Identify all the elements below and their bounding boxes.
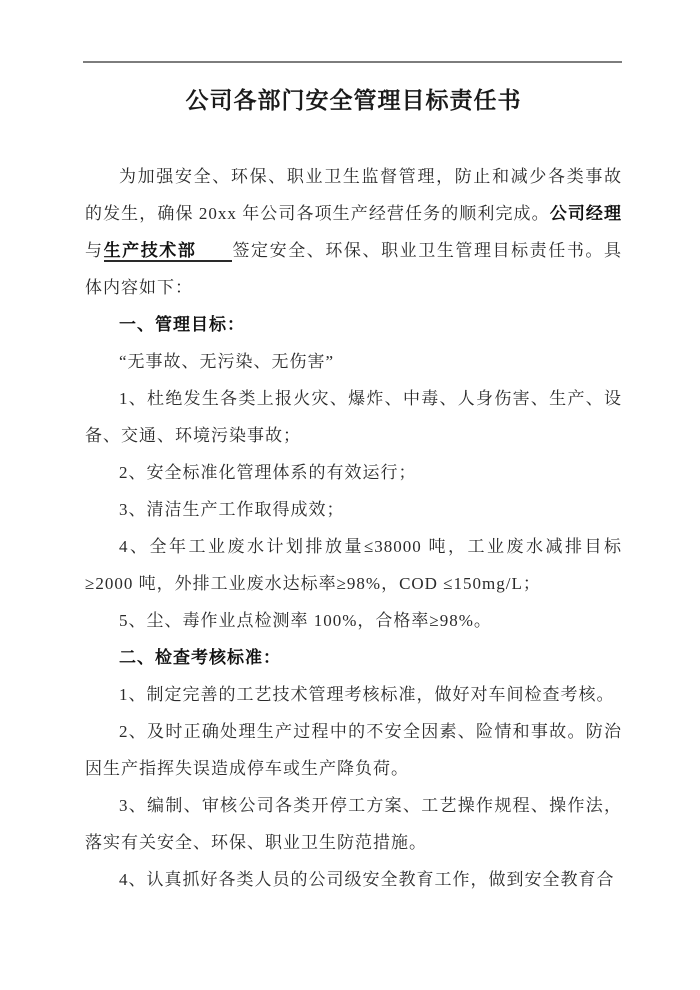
section2-item-1: 1、制定完善的工艺技术管理考核标准，做好对车间检查考核。	[85, 676, 622, 713]
section2-heading: 二、检查考核标准：	[85, 639, 622, 676]
intro-text-before: 为加强安全、环保、职业卫生监督管理，防止和减少各类事故的发生，确保 20xx 年…	[85, 167, 622, 223]
document-page: 公司各部门安全管理目标责任书 为加强安全、环保、职业卫生监督管理，防止和减少各类…	[0, 0, 700, 990]
document-body: 公司各部门安全管理目标责任书 为加强安全、环保、职业卫生监督管理，防止和减少各类…	[85, 74, 622, 898]
section1-item-4: 4、全年工业废水计划排放量≤38000 吨，工业废水减排目标≥2000 吨，外排…	[85, 528, 622, 602]
department-fill-in-blank: 生产技术部	[104, 241, 233, 262]
header-divider-line	[83, 61, 622, 63]
section1-item-2: 2、安全标准化管理体系的有效运行；	[85, 454, 622, 491]
section2-item-2: 2、及时正确处理生产过程中的不安全因素、险情和事故。防治因生产指挥失误造成停车或…	[85, 713, 622, 787]
section1-item-5: 5、尘、毒作业点检测率 100%，合格率≥98%。	[85, 602, 622, 639]
section2-item-4: 4、认真抓好各类人员的公司级安全教育工作，做到安全教育合	[85, 861, 622, 898]
intro-manager-bold: 公司经理	[550, 204, 622, 223]
intro-connector: 与	[85, 241, 104, 260]
section1-motto: “无事故、无污染、无伤害”	[85, 343, 622, 380]
section1-item-3: 3、清洁生产工作取得成效；	[85, 491, 622, 528]
section1-heading: 一、管理目标：	[85, 306, 622, 343]
intro-paragraph: 为加强安全、环保、职业卫生监督管理，防止和减少各类事故的发生，确保 20xx 年…	[85, 158, 622, 306]
section1-item-1: 1、杜绝发生各类上报火灾、爆炸、中毒、人身伤害、生产、设备、交通、环境污染事故；	[85, 380, 622, 454]
section2-item-3: 3、编制、审核公司各类开停工方案、工艺操作规程、操作法，落实有关安全、环保、职业…	[85, 787, 622, 861]
page-title: 公司各部门安全管理目标责任书	[85, 74, 622, 116]
